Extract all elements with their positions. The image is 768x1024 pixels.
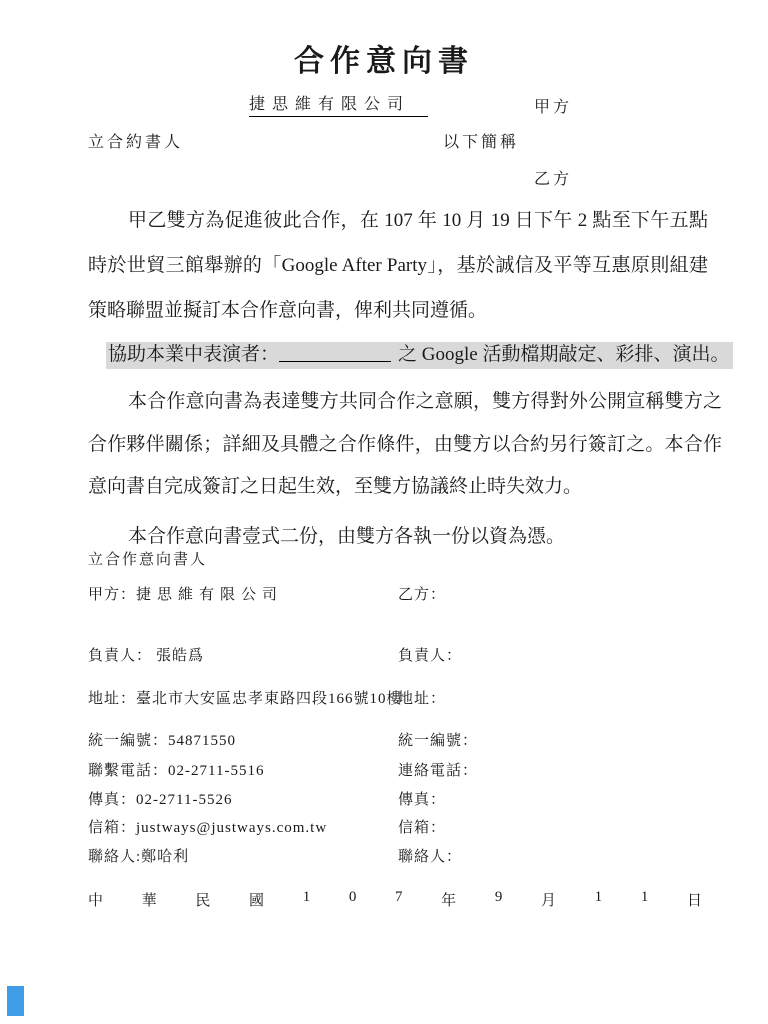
sig-left-party-label: 甲方： — [88, 587, 136, 603]
sig-left-owner: 負責人：張皓爲 — [88, 644, 204, 665]
sig-left-tax-id: 統一編號：54871550 — [88, 729, 236, 750]
blue-corner-marker — [7, 986, 24, 1016]
date-token: 年 — [441, 889, 456, 910]
party-a-label: 甲方 — [534, 94, 572, 117]
sig-right-phone: 連絡電話： — [398, 759, 478, 780]
date-token: 民 — [195, 889, 210, 910]
header-company-name: 捷思維有限公司 — [249, 91, 428, 117]
sig-right-owner-label: 負責人： — [398, 648, 462, 664]
date-token: 9 — [495, 889, 503, 910]
sig-left-party: 甲方：捷思維有限公司 — [88, 583, 283, 604]
sig-right-email-label: 信箱： — [398, 820, 446, 836]
sig-left-fax-value: 02-2711-5526 — [136, 792, 232, 808]
fill-in-blank-underline — [279, 345, 391, 362]
sig-left-phone-label: 聯繫電話： — [88, 763, 168, 779]
sig-left-address-value: 臺北市大安區忠孝東路四段166號10樓 — [136, 691, 403, 707]
sig-left-contact: 聯絡人:鄭哈利 — [88, 845, 189, 866]
date-token: 月 — [541, 889, 556, 910]
sig-right-address: 地址： — [398, 687, 446, 708]
sig-right-tax-id: 統一編號： — [398, 729, 478, 750]
date-token: 1 — [595, 889, 603, 910]
highlight-suffix: 之 Google 活動檔期敲定、彩排、演出。 — [398, 344, 729, 365]
sig-right-address-label: 地址： — [398, 691, 446, 707]
sig-left-email-value: justways@justways.com.tw — [136, 820, 327, 836]
sig-right-contact: 聯絡人： — [398, 845, 462, 866]
sig-left-contact-value: 鄭哈利 — [141, 849, 189, 865]
sig-right-party: 乙方： — [398, 583, 446, 604]
sig-left-contact-label: 聯絡人: — [88, 849, 141, 865]
sig-left-tax-id-label: 統一編號： — [88, 733, 168, 749]
sig-left-fax-label: 傳真： — [88, 792, 136, 808]
date-token: 中 — [88, 889, 103, 910]
sig-right-fax-label: 傳真： — [398, 792, 446, 808]
roc-date-line: 中 華 民 國 1 0 7 年 9 月 1 1 日 — [88, 889, 702, 910]
sig-left-email-label: 信箱： — [88, 820, 136, 836]
date-token: 國 — [249, 889, 264, 910]
date-token: 華 — [142, 889, 157, 910]
sig-left-party-value: 捷思維有限公司 — [136, 587, 283, 603]
hereinafter-label: 以下簡稱 — [443, 129, 519, 152]
highlight-line: 協助本業中表演者：之 Google 活動檔期敲定、彩排、演出。 — [106, 342, 733, 369]
sig-left-owner-value: 張皓爲 — [156, 648, 204, 664]
sig-left-owner-label: 負責人： — [88, 648, 152, 664]
highlight-prefix: 協助本業中表演者： — [108, 344, 279, 365]
sig-right-email: 信箱： — [398, 816, 446, 837]
signatory-label: 立合約書人 — [88, 129, 183, 152]
sig-right-phone-label: 連絡電話： — [398, 763, 478, 779]
party-b-label: 乙方 — [534, 166, 572, 189]
date-token: 1 — [303, 889, 311, 910]
sig-left-address-label: 地址： — [88, 691, 136, 707]
sig-left-phone-value: 02-2711-5516 — [168, 763, 264, 779]
page-title: 合作意向書 — [0, 36, 768, 80]
sig-left-phone: 聯繫電話：02-2711-5516 — [88, 759, 264, 780]
sig-left-fax: 傳真：02-2711-5526 — [88, 788, 232, 809]
sig-right-party-label: 乙方： — [398, 587, 446, 603]
sig-right-contact-label: 聯絡人： — [398, 849, 462, 865]
date-token: 7 — [395, 889, 403, 910]
sig-left-address: 地址：臺北市大安區忠孝東路四段166號10樓 — [88, 687, 403, 708]
date-token: 日 — [687, 889, 702, 910]
sig-right-fax: 傳真： — [398, 788, 446, 809]
signature-heading: 立合作意向書人 — [88, 548, 207, 569]
paragraph-terms: 本合作意向書為表達雙方共同合作之意願，雙方得對外公開宣稱雙方之合作夥伴關係；詳細… — [88, 381, 722, 509]
sig-left-email: 信箱：justways@justways.com.tw — [88, 816, 327, 837]
paragraph-intent: 甲乙雙方為促進彼此合作，在 107 年 10 月 19 日下午 2 點至下午五點… — [88, 198, 708, 333]
date-token: 0 — [349, 889, 357, 910]
date-token: 1 — [641, 889, 649, 910]
sig-right-tax-id-label: 統一編號： — [398, 733, 478, 749]
sig-right-owner: 負責人： — [398, 644, 462, 665]
sig-left-tax-id-value: 54871550 — [168, 733, 236, 749]
